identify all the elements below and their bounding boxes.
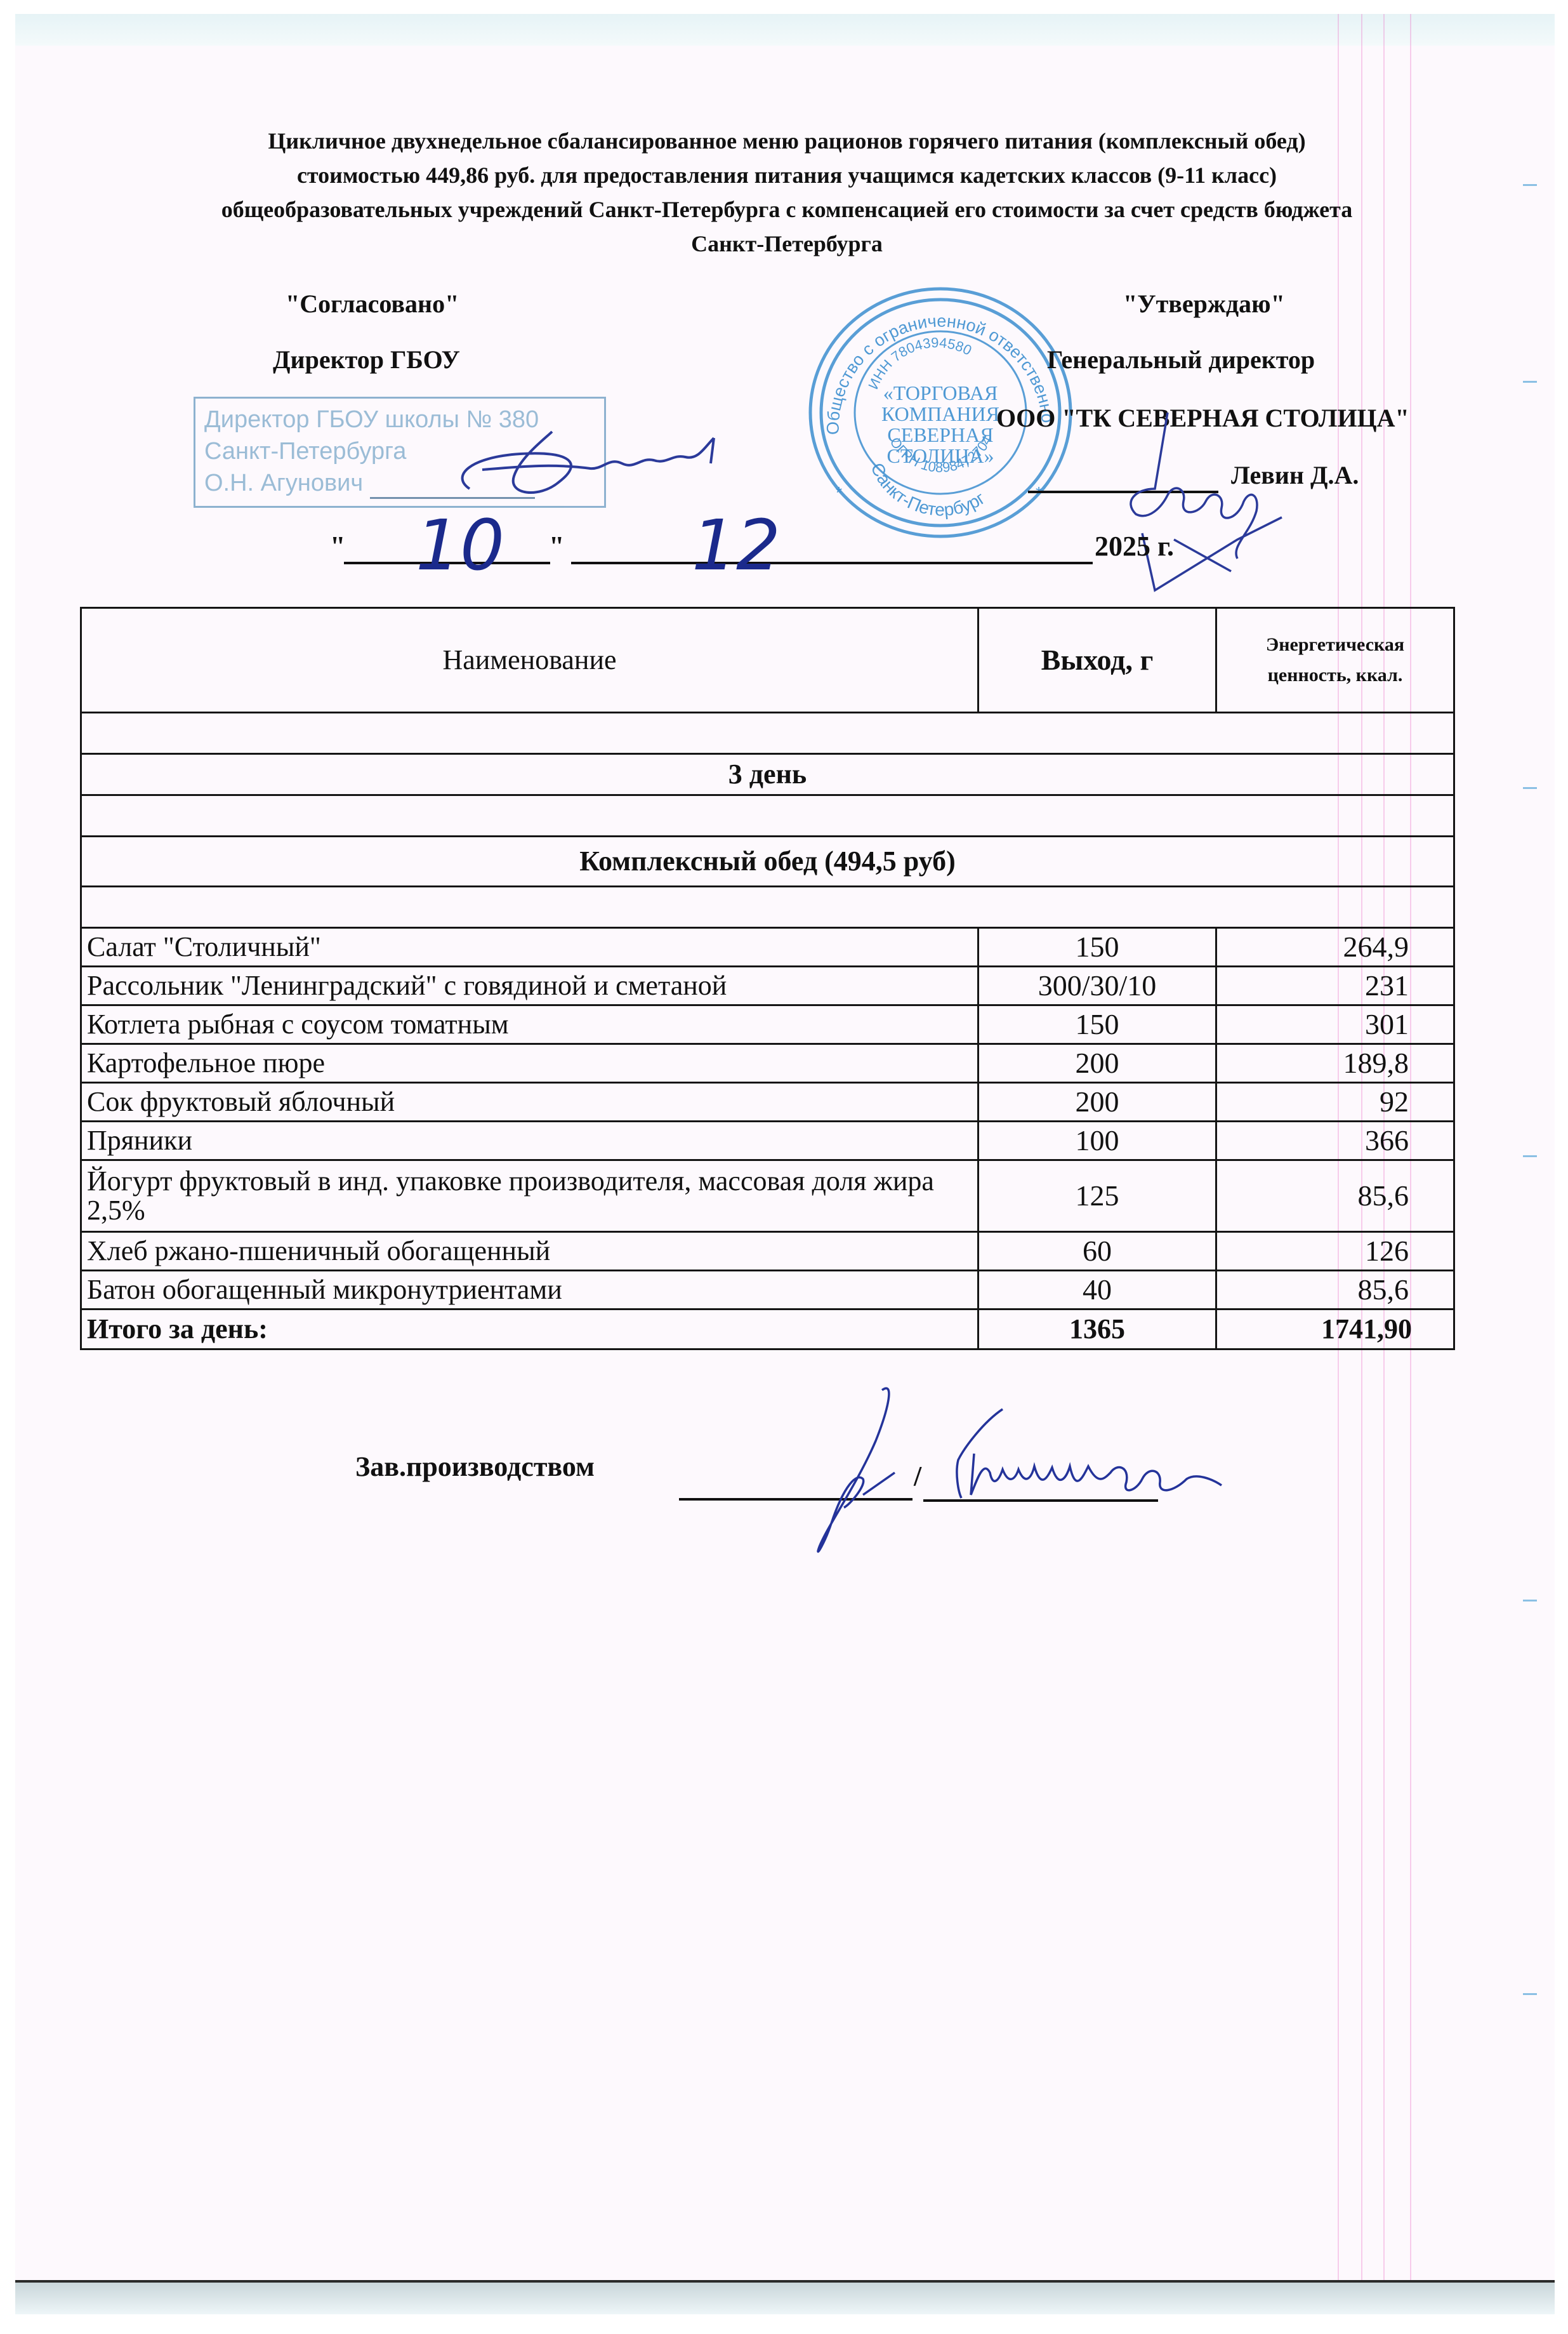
table-row: Сок фруктовый яблочный 200 92: [81, 1083, 1454, 1122]
total-yield: 1365: [978, 1310, 1216, 1349]
svg-text:СЕВЕРНАЯ: СЕВЕРНАЯ: [887, 423, 993, 446]
agreed-heading: "Согласовано": [286, 289, 459, 319]
svg-text:СТОЛИЦА»: СТОЛИЦА»: [886, 444, 994, 467]
dish-name: Пряники: [81, 1122, 978, 1160]
dish-name: Салат "Столичный": [81, 928, 978, 967]
dish-yield: 150: [978, 1005, 1216, 1044]
total-row: Итого за день: 1365 1741,90: [81, 1310, 1454, 1349]
dish-name: Хлеб ржано-пшеничный обогащенный: [81, 1232, 978, 1271]
dish-yield: 40: [978, 1271, 1216, 1310]
agreed-position: Директор ГБОУ: [273, 345, 460, 375]
approved-heading: "Утверждаю": [1123, 289, 1285, 319]
title-line: Цикличное двухнедельное сбалансированное…: [76, 124, 1498, 158]
dish-yield: 200: [978, 1083, 1216, 1122]
table-row: Батон обогащенный микронутриентами 40 85…: [81, 1271, 1454, 1310]
table-row: Котлета рыбная с соусом томатным 150 301: [81, 1005, 1454, 1044]
meal-label: Комплексный обед (494,5 руб): [81, 837, 1454, 887]
scanner-top-edge: [15, 14, 1555, 46]
dish-yield: 200: [978, 1044, 1216, 1083]
general-director-signature: [1079, 406, 1345, 597]
dish-name: Сок фруктовый яблочный: [81, 1083, 978, 1122]
day-label: 3 день: [81, 754, 1454, 795]
header-energy: Энергетическая ценность, ккал.: [1216, 608, 1454, 713]
svg-text:«ТОРГОВАЯ: «ТОРГОВАЯ: [883, 381, 998, 404]
dish-name: Рассольник "Ленинградский" с говядиной и…: [81, 967, 978, 1005]
blank-row: [81, 795, 1454, 837]
table-row: Салат "Столичный" 150 264,9: [81, 928, 1454, 967]
dish-energy: 85,6: [1216, 1271, 1454, 1310]
production-head-signature: [749, 1384, 1295, 1562]
date-quote: ": [330, 530, 345, 562]
table-row: Пряники 100 366: [81, 1122, 1454, 1160]
dish-energy: 301: [1216, 1005, 1454, 1044]
dish-yield: 150: [978, 928, 1216, 967]
dish-energy: 92: [1216, 1083, 1454, 1122]
edge-mark: [1523, 381, 1537, 383]
document-title: Цикличное двухнедельное сбалансированное…: [76, 124, 1498, 261]
date-day: 10: [416, 505, 504, 586]
dish-yield: 300/30/10: [978, 967, 1216, 1005]
dish-energy: 189,8: [1216, 1044, 1454, 1083]
dish-energy: 126: [1216, 1232, 1454, 1271]
title-line: общеобразовательных учреждений Санкт-Пет…: [76, 192, 1498, 227]
table-row: Рассольник "Ленинградский" с говядиной и…: [81, 967, 1454, 1005]
dish-name: Картофельное пюре: [81, 1044, 978, 1083]
svg-text:*: *: [836, 483, 842, 502]
date-quote: ": [549, 530, 564, 562]
title-line: стоимостью 449,86 руб. для предоставлени…: [76, 158, 1498, 192]
edge-mark: [1523, 787, 1537, 789]
header-name: Наименование: [81, 608, 978, 713]
stamp-line: О.Н. Агунович: [204, 470, 363, 496]
dish-name: Батон обогащенный микронутриентами: [81, 1271, 978, 1310]
dish-name: Йогурт фруктовый в инд. упаковке произво…: [81, 1160, 978, 1232]
dish-name: Котлета рыбная с соусом томатным: [81, 1005, 978, 1044]
header-yield: Выход, г: [978, 608, 1216, 713]
total-energy: 1741,90: [1216, 1310, 1454, 1349]
dish-energy: 85,6: [1216, 1160, 1454, 1232]
menu-table: Наименование Выход, г Энергетическая цен…: [80, 607, 1455, 1350]
dish-energy: 231: [1216, 967, 1454, 1005]
table-header-row: Наименование Выход, г Энергетическая цен…: [81, 608, 1454, 713]
table-row: Картофельное пюре 200 189,8: [81, 1044, 1454, 1083]
title-line: Санкт-Петербурга: [76, 227, 1498, 261]
edge-mark: [1523, 1155, 1537, 1157]
svg-text:КОМПАНИЯ: КОМПАНИЯ: [881, 402, 999, 425]
blank-row: [81, 887, 1454, 928]
dish-yield: 100: [978, 1122, 1216, 1160]
blank-row: [81, 713, 1454, 754]
date-year: 2025 г.: [1095, 530, 1174, 562]
dish-yield: 60: [978, 1232, 1216, 1271]
dish-energy: 264,9: [1216, 928, 1454, 967]
production-head-label: Зав.производством: [355, 1450, 595, 1483]
approved-position: Генеральный директор: [1047, 345, 1315, 375]
date-month: 12: [692, 505, 781, 586]
edge-mark: [1523, 1993, 1537, 1995]
table-row: Хлеб ржано-пшеничный обогащенный 60 126: [81, 1232, 1454, 1271]
director-signature: [444, 419, 774, 508]
edge-mark: [1523, 1600, 1537, 1601]
edge-mark: [1523, 184, 1537, 186]
table-row: Йогурт фруктовый в инд. упаковке произво…: [81, 1160, 1454, 1232]
meal-row: Комплексный обед (494,5 руб): [81, 837, 1454, 887]
total-label: Итого за день:: [81, 1310, 978, 1349]
day-row: 3 день: [81, 754, 1454, 795]
scanner-bottom-edge: [15, 2283, 1555, 2314]
dish-energy: 366: [1216, 1122, 1454, 1160]
dish-yield: 125: [978, 1160, 1216, 1232]
date-month-line: [571, 562, 1093, 564]
